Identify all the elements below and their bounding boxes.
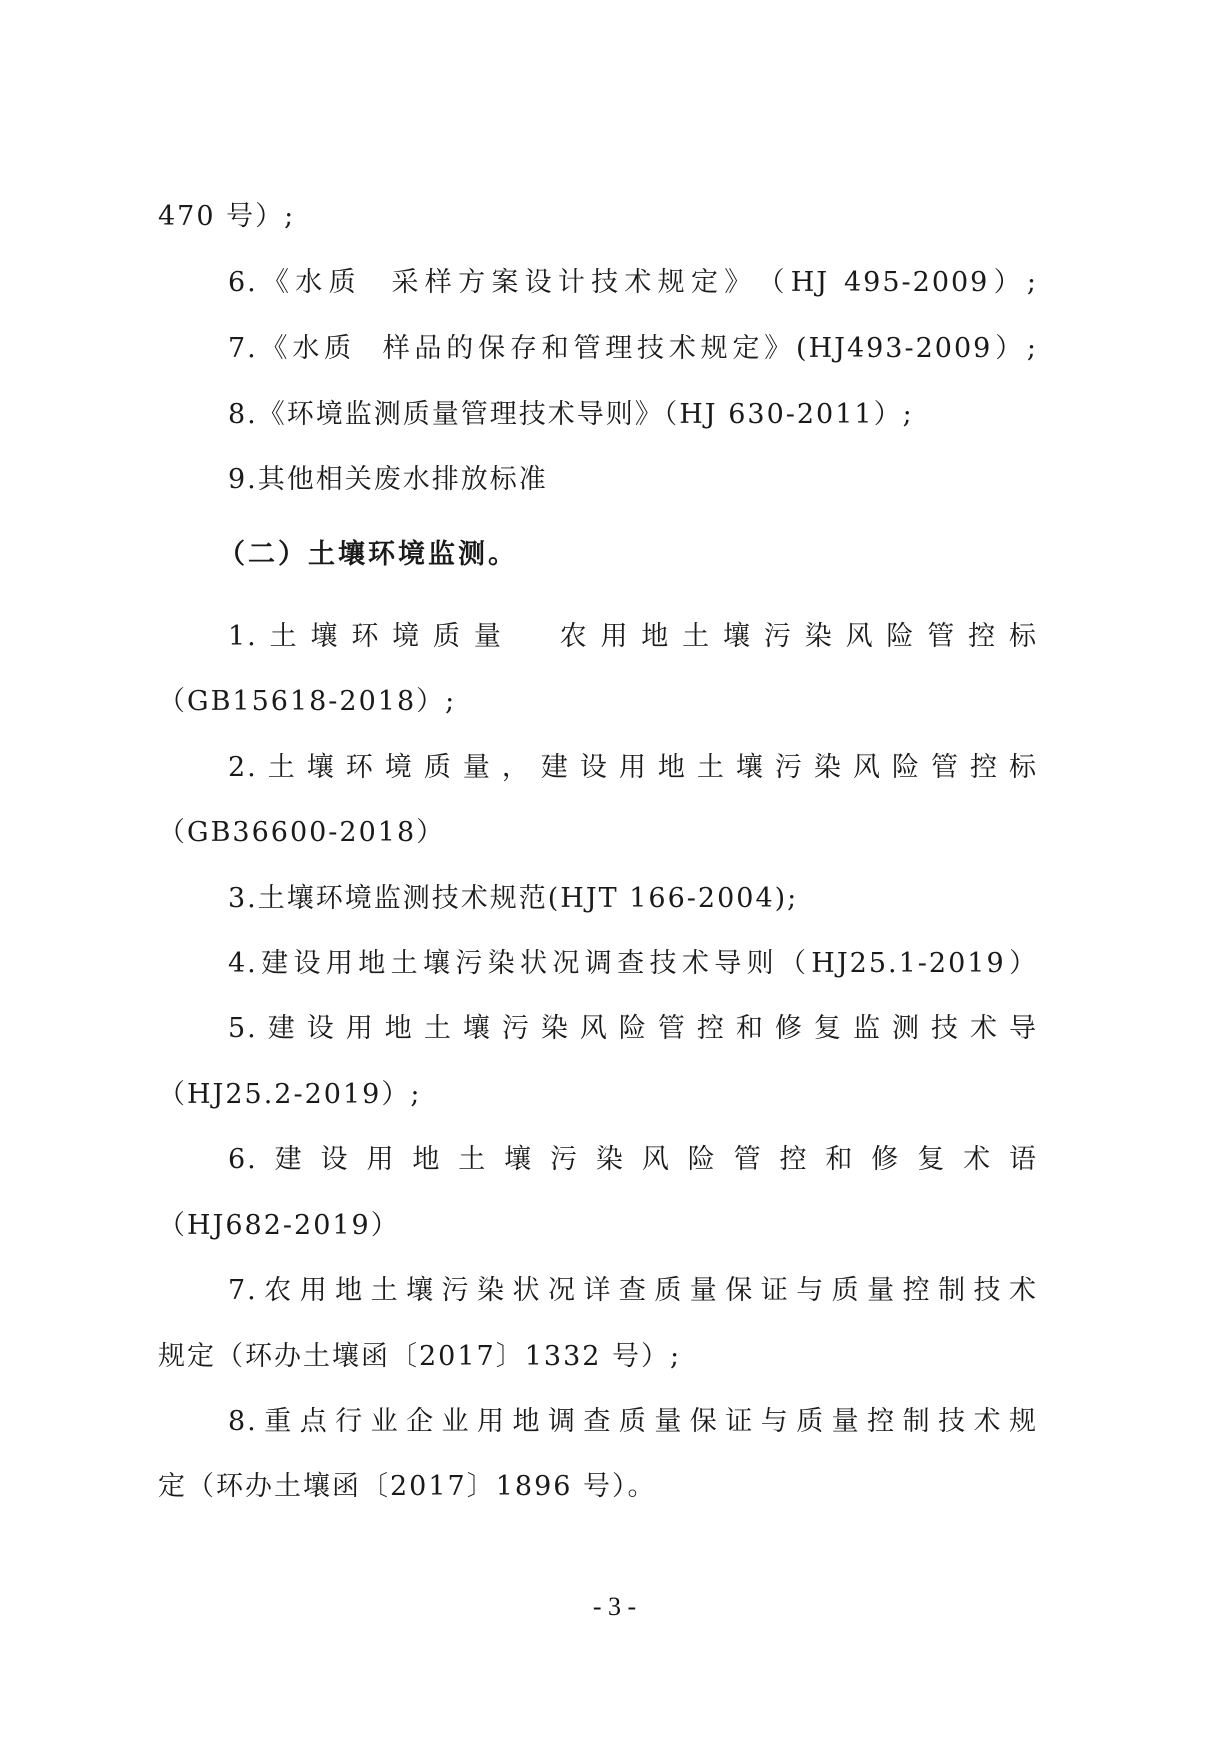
text-line: （HJ682-2019）: [158, 1209, 400, 1243]
list-item-line: 6​.​建​设​用​地​土​壤​污​染​风​险​管​控​和​修​复​术​语: [228, 1143, 1038, 1177]
document-page: 470 号）; 6​.​《​水​质​ ​ ​采​样​方​案​设​计​技​术​规​…: [0, 0, 1229, 1738]
list-item-line: 3.土壤环境监测技术规范(HJT 166-2004);: [228, 882, 798, 916]
list-item-line: 6​.​《​水​质​ ​ ​采​样​方​案​设​计​技​术​规​定​》​（​H​…: [228, 266, 1038, 300]
list-item-line: 5​.​建​设​用​地​土​壤​污​染​风​险​管​控​和​修​复​监​测​技​…: [228, 1012, 1038, 1046]
page-number: - 3 -: [0, 1592, 1229, 1622]
text-line: （GB36600-2018）: [158, 816, 445, 850]
list-item-line: 8.《环境监测质量管理技术导则》（HJ 630-2011）;: [228, 398, 914, 432]
list-item-line: 7​.​农​用​地​土​壤​污​染​状​况​详​查​质​量​保​证​与​质​量​…: [228, 1274, 1038, 1308]
text-line: （GB15618-2018）;: [158, 685, 456, 719]
list-item-line: 2​.​土​壤​环​境​质​量​，​建​设​用​地​土​壤​污​染​风​险​管​…: [228, 751, 1038, 785]
text-line: （HJ25.2-2019）;: [158, 1078, 421, 1112]
list-item-line: 7​.​《​水​质​ ​ ​样​品​的​保​存​和​管​理​技​术​规​定​》​…: [228, 332, 1038, 366]
list-item-line: 8​.​重​点​行​业​企​业​用​地​调​查​质​量​保​证​与​质​量​控​…: [228, 1405, 1038, 1439]
text-line: 规定（环办土壤函〔2017〕1332 号）;: [158, 1340, 681, 1374]
list-item-line: 1​.​土​壤​环​境​质​量​ ​ ​农​用​地​土​壤​污​染​风​险​管​…: [228, 620, 1038, 654]
text-line: 定（环办土壤函〔2017〕1896 号）。: [158, 1470, 657, 1504]
section-heading: （二）土壤环境监测。: [218, 538, 518, 572]
list-item-line: 9.其他相关废水排放标准: [228, 463, 548, 497]
list-item-line: 4​.​建​设​用​地​土​壤​污​染​状​况​调​查​技​术​导​则​（​H​…: [228, 947, 1038, 981]
text-line: 470 号）;: [158, 200, 295, 234]
